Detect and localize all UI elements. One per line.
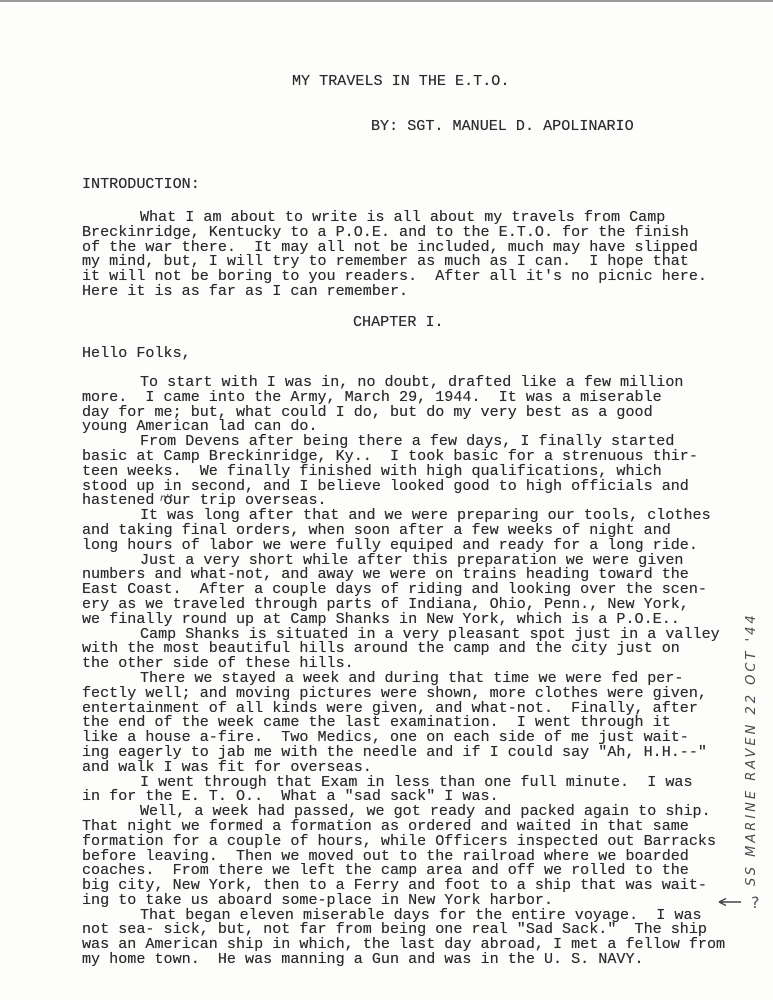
- left-arrow-icon: [716, 897, 742, 907]
- paragraph: There we stayed a week and during that t…: [82, 671, 725, 775]
- author-byline: BY: SGT. MANUEL D. APOLINARIO: [371, 119, 634, 134]
- greeting: Hello Folks,: [82, 346, 191, 361]
- paragraph: I went through that Exam in less than on…: [82, 775, 725, 805]
- paragraph: It was long after that and we were prepa…: [82, 508, 725, 552]
- paragraph: Well, a week had passed, we got ready an…: [82, 804, 725, 908]
- page-top-edge: [0, 0, 773, 2]
- paragraph: What I am about to write is all about my…: [82, 210, 707, 299]
- document-title: MY TRAVELS IN THE E.T.O.: [292, 74, 509, 89]
- introduction-heading: INTRODUCTION:: [82, 177, 200, 192]
- paragraph: To start with I was in, no doubt, drafte…: [82, 375, 725, 434]
- paragraph: That began eleven miserable days for the…: [82, 908, 725, 967]
- chapter-heading: CHAPTER I.: [353, 315, 444, 330]
- introduction-paragraph: What I am about to write is all about my…: [82, 210, 707, 299]
- text-line: Here it is as far as I can remember.: [82, 284, 707, 299]
- handwritten-margin-note: SS MARINE RAVEN 22 OCT '44: [744, 612, 759, 886]
- text-line: my home town. He was manning a Gun and w…: [82, 952, 725, 967]
- handwritten-question-mark: ?: [751, 893, 760, 912]
- chapter-body: To start with I was in, no doubt, drafte…: [82, 375, 725, 967]
- paragraph: Just a very short while after this prepa…: [82, 553, 725, 627]
- paragraph: From Devens after being there a few days…: [82, 434, 725, 508]
- handwritten-insertion: n't: [160, 493, 173, 504]
- paragraph: Camp Shanks is situated in a very pleasa…: [82, 627, 725, 671]
